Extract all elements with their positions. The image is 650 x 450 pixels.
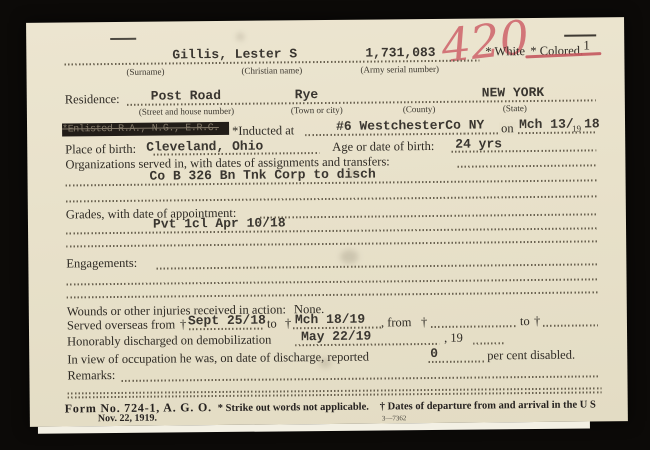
street-caption: (Street and house number) — [139, 106, 234, 117]
county-caption: (County) — [403, 104, 436, 114]
grades-value: Pvt 1cl Apr 10/18 — [153, 216, 286, 231]
army-serial-number-value: 1,731,083 — [365, 46, 435, 61]
inducted-year-value: 18 — [584, 117, 600, 131]
on-label: on — [499, 122, 516, 135]
inducted-at-label: *Inducted at — [232, 124, 294, 138]
dagger-1: † — [180, 318, 186, 331]
enlisted-blacked-out-text: *Enlisted R.A., N.G., E.R.C. — [62, 122, 229, 137]
overseas-from1-value: Sept 25/18 — [188, 314, 266, 329]
overseas-from2-leader — [431, 325, 516, 328]
smudge-mark — [347, 168, 357, 178]
page-number-overline — [564, 34, 596, 36]
grades-line-leader — [66, 227, 597, 234]
print-code: 3—7362 — [382, 413, 407, 423]
footnote-strike-out: * Strike out words not applicable. — [218, 402, 369, 414]
smudge-mark — [340, 250, 358, 264]
overseas-to-label: to — [267, 317, 277, 330]
age-label: Age or date of birth: — [332, 140, 434, 154]
footnote-dagger: † Dates of departure from and arrival in… — [380, 399, 596, 412]
smudge-mark — [319, 358, 331, 368]
disability-leader — [428, 360, 484, 363]
preprinted-year-19: 19 — [572, 124, 581, 134]
discharge-date-value: May 22/19 — [301, 330, 371, 345]
enlisted-struck-label: *Enlisted R.A., N.G., E.R.C. — [62, 123, 219, 136]
race-white-label: * White — [485, 45, 525, 58]
residence-town-value: Rye — [295, 88, 319, 102]
christian-name-caption: (Christian name) — [241, 65, 302, 76]
inducted-date-value: Mch 13/ — [519, 118, 574, 133]
engagements-label: Engagements: — [66, 257, 137, 271]
top-left-dash-mark — [110, 38, 136, 40]
remarks-label: Remarks: — [67, 369, 115, 382]
dagger-2: † — [285, 317, 291, 330]
overseas-from2-label: , from — [381, 316, 412, 329]
surname-caption: (Surname) — [126, 67, 164, 77]
discharge-year-label: , 19 — [444, 332, 463, 345]
disability-suffix-label: per cent disabled. — [487, 349, 575, 363]
discharge-year-leader — [473, 342, 505, 344]
surname-christian-name-value: Gillis, Lester S — [172, 47, 297, 62]
inducted-place-value: #6 WestchesterCo NY — [336, 118, 484, 133]
disability-value: 0 — [430, 347, 438, 361]
overseas-to2-label: to — [520, 315, 530, 328]
town-caption: (Town or city) — [291, 105, 343, 115]
dagger-4: † — [534, 315, 540, 328]
residence-state-value: NEW YORK — [482, 86, 545, 101]
remarks-leader — [121, 375, 598, 382]
form-date: Nov. 22, 1919. — [98, 413, 157, 425]
blank-line-1 — [66, 195, 597, 202]
army-serial-caption: (Army serial number) — [360, 64, 439, 75]
grades-label-leader — [260, 213, 597, 218]
dagger-3: † — [421, 316, 427, 329]
card-tilt-wrapper: 420 1 Gillis, Lester S 1,731,083 * White… — [0, 0, 650, 450]
age-value: 24 yrs — [455, 137, 502, 151]
place-of-birth-label: Place of birth: — [65, 143, 136, 157]
blank-line-2 — [66, 240, 597, 247]
organizations-label-leader — [457, 164, 596, 167]
overseas-to1-value: Mch 18/19 — [295, 313, 365, 328]
smudge-mark — [236, 33, 244, 41]
blank-line-4 — [67, 291, 598, 298]
blank-line-3 — [67, 278, 598, 285]
birth-place-value: Cleveland, Ohio — [146, 140, 263, 155]
overseas-label: Served overseas from — [67, 318, 175, 332]
overseas-to2-leader — [543, 324, 598, 327]
state-caption: (State) — [503, 103, 527, 113]
discharge-label: Honorably discharged on demobilization — [67, 334, 271, 349]
scanned-photo-background: 420 1 Gillis, Lester S 1,731,083 * White… — [0, 0, 650, 450]
residence-street-value: Post Road — [151, 89, 221, 104]
page-number: 1 — [583, 37, 590, 53]
service-record-card: 420 1 Gillis, Lester S 1,731,083 * White… — [26, 17, 628, 427]
residence-label: Residence: — [65, 93, 120, 107]
engagements-leader — [156, 263, 597, 269]
